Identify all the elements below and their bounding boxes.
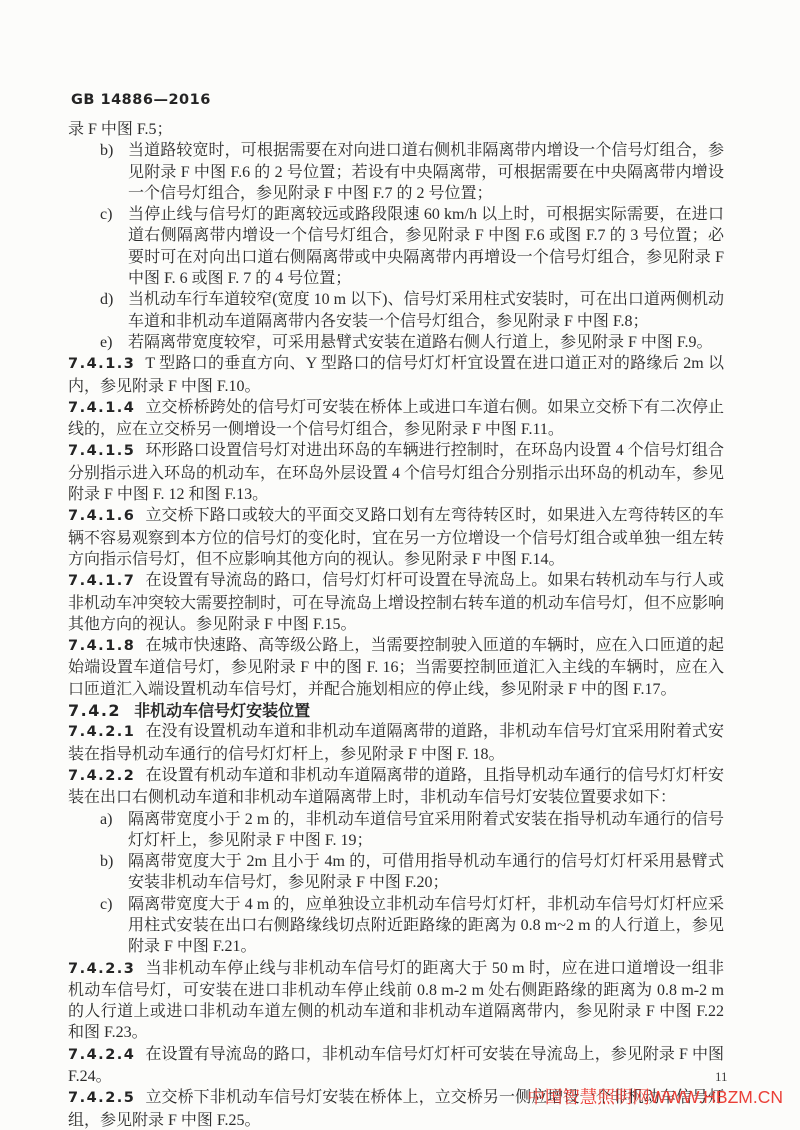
section-heading: 7.4.2非机动车信号灯安装位置 [68, 700, 724, 721]
list-item-text: 隔离带宽度大于 4 m 的，应单独设立非机动车信号灯灯杆，非机动车信号灯灯杆应采… [128, 894, 724, 958]
clause: 7.4.1.4立交桥桥跨处的信号灯可安装在桥体上或进口车道右侧。如果立交桥下有二… [68, 397, 724, 441]
list-item-label: c) [100, 894, 128, 958]
clause-text: 立交桥下路口或较大的平面交叉路口划有左弯待转区时，如果进入左弯待转区的车辆不容易… [68, 507, 724, 568]
clause-text: 立交桥桥跨处的信号灯可安装在桥体上或进口车道右侧。如果立交桥下有二次停止线的，应… [68, 399, 724, 438]
list-item-text: 当停止线与信号灯的距离较远或路段限速 60 km/h 以上时，可根据实际需要，在… [128, 204, 724, 289]
list-item-text: 隔离带宽度大于 2m 且小于 4m 的，可借用指导机动车通行的信号灯灯杆采用悬臂… [128, 851, 724, 894]
list-item: e) 若隔离带宽度较窄，可采用悬臂式安装在道路右侧人行道上，参见附录 F 中图 … [68, 332, 724, 353]
clause-text: 在设置有导流岛的路口，非机动车信号灯灯杆可安装在导流岛上，参见附录 F 中图 F… [68, 1046, 724, 1085]
list-item: c) 当停止线与信号灯的距离较远或路段限速 60 km/h 以上时，可根据实际需… [68, 204, 724, 289]
document-body: 录 F 中图 F.5； b) 当道路较宽时，可根据需要在对向进口道右侧机非隔离带… [68, 119, 724, 1130]
clause-text: 在设置有机动车道和非机动车道隔离带的道路，且指导机动车通行的信号灯灯杆安装在出口… [68, 767, 724, 806]
clause: 7.4.2.1在没有设置机动车道和非机动车道隔离带的道路，非机动车信号灯宜采用附… [68, 721, 724, 765]
clause-number: 7.4.2.4 [68, 1047, 135, 1063]
clause: 7.4.2.2在设置有机动车道和非机动车道隔离带的道路，且指导机动车通行的信号灯… [68, 765, 724, 809]
list-item-label: c) [100, 204, 128, 289]
list-item-label: e) [100, 332, 128, 353]
section-title: 非机动车信号灯安装位置 [134, 701, 310, 720]
clause-number: 7.4.1.4 [68, 400, 135, 416]
list-item-text: 当道路较宽时，可根据需要在对向进口道右侧机非隔离带内增设一个信号灯组合，参见附录… [128, 140, 724, 204]
clause: 7.4.2.4在设置有导流岛的路口，非机动车信号灯灯杆可安装在导流岛上，参见附录… [68, 1044, 724, 1088]
watermark-text: 中国智慧照明网WWW.HBZM.CN [527, 1084, 783, 1109]
list-item-text: 若隔离带宽度较窄，可采用悬臂式安装在道路右侧人行道上，参见附录 F 中图 F.9… [128, 332, 724, 353]
list-item-label: b) [100, 140, 128, 204]
list-item: b) 隔离带宽度大于 2m 且小于 4m 的，可借用指导机动车通行的信号灯灯杆采… [68, 851, 724, 894]
clause-number: 7.4.1.7 [68, 573, 135, 589]
clause: 7.4.1.7在设置有导流岛的路口，信号灯灯杆可设置在导流岛上。如果右转机动车与… [68, 570, 724, 635]
list-item-label: d) [100, 289, 128, 332]
clause-number: 7.4.2.1 [68, 724, 135, 740]
clause-number: 7.4.1.3 [68, 356, 135, 372]
standard-number: GB 14886—2016 [71, 92, 211, 108]
list-item-label: b) [100, 851, 128, 894]
carryover-line: 录 F 中图 F.5； [68, 119, 724, 140]
list-item: b) 当道路较宽时，可根据需要在对向进口道右侧机非隔离带内增设一个信号灯组合，参… [68, 140, 724, 204]
list-item: a) 隔离带宽度小于 2 m 的，非机动车道信号宜采用附着式安装在指导机动车通行… [68, 809, 724, 852]
clause-number: 7.4.2.5 [68, 1090, 135, 1106]
clause-number: 7.4.2.2 [68, 768, 135, 784]
clause: 7.4.1.8在城市快速路、高等级公路上，当需要控制驶入匝道的车辆时，应在入口匝… [68, 635, 724, 700]
clause: 7.4.1.6立交桥下路口或较大的平面交叉路口划有左弯待转区时，如果进入左弯待转… [68, 505, 724, 570]
clause-number: 7.4.1.8 [68, 638, 135, 654]
list-item-text: 隔离带宽度小于 2 m 的，非机动车道信号宜采用附着式安装在指导机动车通行的信号… [128, 809, 724, 852]
document-page: GB 14886—2016 录 F 中图 F.5； b) 当道路较宽时，可根据需… [0, 0, 800, 1130]
clause: 7.4.1.5环形路口设置信号灯对进出环岛的车辆进行控制时，在环岛内设置 4 个… [68, 440, 724, 505]
list-item: d) 当机动车行车道较窄(宽度 10 m 以下)、信号灯采用柱式安装时，可在出口… [68, 289, 724, 332]
list-item-text: 当机动车行车道较窄(宽度 10 m 以下)、信号灯采用柱式安装时，可在出口道两侧… [128, 289, 724, 332]
clause-number: 7.4.1.6 [68, 508, 135, 524]
clause: 7.4.1.3T 型路口的垂直方向、Y 型路口的信号灯灯杆宜设置在进口道正对的路… [68, 353, 724, 397]
clause-text: 当非机动车停止线与非机动车信号灯的距离大于 50 m 时，应在进口道增设一组非机… [68, 960, 724, 1042]
clause-text: 在城市快速路、高等级公路上，当需要控制驶入匝道的车辆时，应在入口匝道的起始端设置… [68, 637, 724, 698]
clause-text: 环形路口设置信号灯对进出环岛的车辆进行控制时，在环岛内设置 4 个信号灯组合分别… [68, 442, 724, 503]
clause: 7.4.2.3当非机动车停止线与非机动车信号灯的距离大于 50 m 时，应在进口… [68, 958, 724, 1044]
list-item-label: a) [100, 809, 128, 852]
list-item: c) 隔离带宽度大于 4 m 的，应单独设立非机动车信号灯灯杆，非机动车信号灯灯… [68, 894, 724, 958]
clause-number: 7.4.1.5 [68, 443, 135, 459]
clause-number: 7.4.2.3 [68, 961, 135, 977]
clause-text: 在没有设置机动车道和非机动车道隔离带的道路，非机动车信号灯宜采用附着式安装在指导… [68, 723, 724, 762]
clause-text: T 型路口的垂直方向、Y 型路口的信号灯灯杆宜设置在进口道正对的路缘后 2m 以… [68, 355, 724, 394]
section-number: 7.4.2 [68, 701, 121, 720]
clause-text: 在设置有导流岛的路口，信号灯灯杆可设置在导流岛上。如果右转机动车与行人或非机动车… [68, 572, 724, 633]
page-number: 11 [715, 1069, 728, 1085]
